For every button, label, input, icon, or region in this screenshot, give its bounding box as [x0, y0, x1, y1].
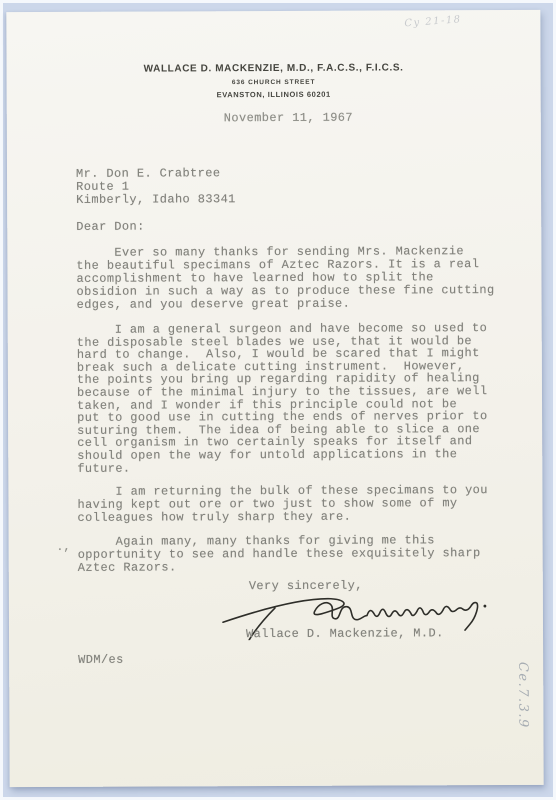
margin-typo-mark: .,	[57, 542, 71, 554]
letter-paragraph-3: I am returning the bulk of these specima…	[77, 484, 488, 525]
pencil-note-top-right: Cy 21-18	[404, 14, 462, 29]
typist-initials: WDM/es	[78, 653, 124, 667]
letter-paragraph-2: I am a general surgeon and have become s…	[77, 322, 488, 475]
letterhead-city: EVANSTON, ILLINOIS 60201	[7, 89, 541, 100]
letterhead-street: 636 CHURCH STREET	[7, 78, 541, 87]
letter-paragraph-4: Again many, many thanks for giving me th…	[78, 534, 481, 575]
recipient-address: Mr. Don E. Crabtree Route 1 Kimberly, Id…	[76, 167, 236, 207]
letter-paragraph-1: Ever so many thanks for sending Mrs. Mac…	[76, 245, 494, 311]
date-line: November 11, 1967	[224, 111, 353, 126]
salutation: Dear Don:	[76, 220, 144, 234]
closing-line: Very sincerely,	[249, 579, 363, 593]
letterhead: WALLACE D. MACKENZIE, M.D., F.A.C.S., F.…	[7, 62, 541, 100]
signature-typed-name: Wallace D. Mackenzie, M.D.	[246, 626, 444, 641]
letter-page: WALLACE D. MACKENZIE, M.D., F.A.C.S., F.…	[6, 10, 543, 787]
pencil-note-side: Ce.7.3.9	[515, 662, 530, 729]
letterhead-name: WALLACE D. MACKENZIE, M.D., F.A.C.S., F.…	[7, 62, 541, 75]
